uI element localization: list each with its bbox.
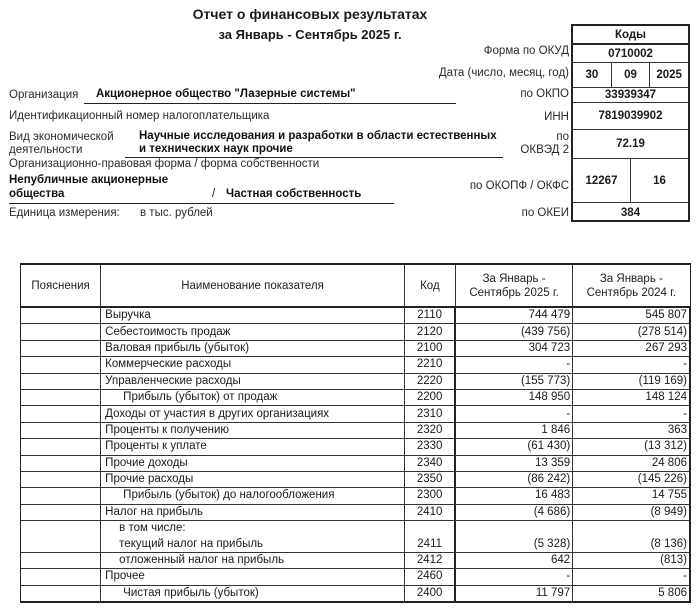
table-header-row: Пояснения Наименование показателя Код За… — [21, 264, 691, 307]
report-title: Отчет о финансовых результатах — [0, 6, 620, 22]
table-row: Выручка2110744 479545 807 — [21, 307, 691, 324]
row-note — [21, 357, 101, 373]
form-underline — [9, 203, 394, 204]
row-note — [21, 536, 101, 552]
date-day: 30 — [573, 63, 612, 87]
date-row: 30 09 2025 — [573, 63, 688, 88]
row-current-value: - — [455, 569, 572, 585]
row-name: Валовая прибыль (убыток) — [101, 340, 405, 356]
row-current-value: (86 242) — [455, 471, 572, 487]
table-row: Коммерческие расходы2210-- — [21, 357, 691, 373]
row-note — [21, 439, 101, 455]
table-row: Проценты к получению23201 846363 — [21, 422, 691, 438]
row-code: 2350 — [404, 471, 455, 487]
row-name: Себестоимость продаж — [101, 324, 405, 340]
unit-label: Единица измерения: — [9, 207, 120, 219]
row-previous-value: (813) — [573, 552, 690, 568]
row-code: 2200 — [404, 389, 455, 405]
date-month: 09 — [612, 63, 651, 87]
row-previous-value: (119 169) — [573, 373, 690, 389]
table-row: Прибыль (убыток) до налогообложения23001… — [21, 488, 691, 504]
okei-label: по ОКЕИ — [522, 207, 569, 219]
row-code: 2340 — [404, 455, 455, 471]
row-name: отложенный налог на прибыль — [101, 552, 405, 568]
okpo-label: по ОКПО — [520, 88, 569, 100]
form-separator: / — [212, 188, 215, 200]
okud-row: 0710002 — [573, 45, 688, 63]
inn-label: Идентификационный номер налогоплательщик… — [9, 110, 269, 122]
org-name: Акционерное общество "Лазерные системы" — [96, 88, 356, 100]
row-code: 2300 — [404, 488, 455, 504]
inn-row: 7819039902 — [573, 103, 688, 130]
okopf-label: по ОКОПФ / ОКФС — [470, 180, 569, 192]
row-code: 2320 — [404, 422, 455, 438]
form-line-2: общества — [9, 188, 64, 200]
row-current-value — [455, 521, 572, 537]
report-period: за Январь - Сентябрь 2025 г. — [0, 27, 620, 42]
row-current-value: 16 483 — [455, 488, 572, 504]
row-current-value: 642 — [455, 552, 572, 568]
row-name: Чистая прибыль (убыток) — [101, 585, 405, 602]
row-code: 2410 — [404, 504, 455, 520]
okved-label-1: по — [556, 131, 569, 143]
row-previous-value: 14 755 — [573, 488, 690, 504]
row-code: 2330 — [404, 439, 455, 455]
table-row: Валовая прибыль (убыток)2100304 723267 2… — [21, 340, 691, 356]
row-previous-value: (145 226) — [573, 471, 690, 487]
row-current-value: 1 846 — [455, 422, 572, 438]
row-previous-value: 363 — [573, 422, 690, 438]
row-current-value: (439 756) — [455, 324, 572, 340]
activity-label-2: деятельности — [9, 144, 82, 156]
activity-line-1: Научные исследования и разработки в обла… — [139, 130, 497, 142]
row-name: Коммерческие расходы — [101, 357, 405, 373]
codes-header: Коды — [573, 26, 688, 43]
row-code: 2412 — [404, 552, 455, 568]
row-current-value: 744 479 — [455, 307, 572, 324]
row-note — [21, 504, 101, 520]
activity-label-1: Вид экономической — [9, 131, 114, 143]
col-current-line-2: Сентябрь 2025 г. — [469, 287, 558, 299]
row-code: 2411 — [404, 536, 455, 552]
table-row: в том числе: — [21, 521, 691, 537]
row-name: Управленческие расходы — [101, 373, 405, 389]
row-note — [21, 422, 101, 438]
unit-value: в тыс. рублей — [140, 207, 213, 219]
row-code: 2210 — [404, 357, 455, 373]
row-current-value: 148 950 — [455, 389, 572, 405]
okfs-value: 16 — [631, 159, 688, 202]
okved-label-2: ОКВЭД 2 — [520, 144, 569, 156]
col-current-header: За Январь - Сентябрь 2025 г. — [455, 264, 572, 307]
row-code: 2460 — [404, 569, 455, 585]
financial-results-table: Пояснения Наименование показателя Код За… — [20, 263, 691, 603]
table-body: Выручка2110744 479545 807Себестоимость п… — [21, 307, 691, 602]
row-code: 2220 — [404, 373, 455, 389]
row-note — [21, 552, 101, 568]
okopf-okfs-row: 12267 16 — [573, 159, 688, 203]
row-note — [21, 585, 101, 602]
row-name: Проценты к получению — [101, 422, 405, 438]
row-name: Прочее — [101, 569, 405, 585]
row-note — [21, 569, 101, 585]
row-note — [21, 324, 101, 340]
table-row: Прибыль (убыток) от продаж2200148 950148… — [21, 389, 691, 405]
codes-header-row: Коды — [573, 26, 688, 45]
row-previous-value: - — [573, 357, 690, 373]
row-note — [21, 307, 101, 324]
row-note — [21, 471, 101, 487]
row-current-value: (5 328) — [455, 536, 572, 552]
row-name: Прочие доходы — [101, 455, 405, 471]
row-current-value: (155 773) — [455, 373, 572, 389]
okved-value: 72.19 — [573, 130, 688, 158]
row-current-value: 11 797 — [455, 585, 572, 602]
row-previous-value: 148 124 — [573, 389, 690, 405]
okved-row: 72.19 — [573, 130, 688, 159]
row-previous-value: 5 806 — [573, 585, 690, 602]
row-current-value: (61 430) — [455, 439, 572, 455]
row-code: 2310 — [404, 406, 455, 422]
row-previous-value: 545 807 — [573, 307, 690, 324]
date-label: Дата (число, месяц, год) — [439, 67, 569, 79]
okopf-value: 12267 — [573, 159, 631, 202]
col-current-line-1: За Январь - — [483, 273, 546, 285]
row-name: Доходы от участия в других организациях — [101, 406, 405, 422]
row-current-value: 304 723 — [455, 340, 572, 356]
table-row: Управленческие расходы2220(155 773)(119 … — [21, 373, 691, 389]
row-note — [21, 455, 101, 471]
row-code: 2400 — [404, 585, 455, 602]
table-row: отложенный налог на прибыль2412642(813) — [21, 552, 691, 568]
row-note — [21, 389, 101, 405]
row-code: 2100 — [404, 340, 455, 356]
okpo-value: 33939347 — [573, 88, 688, 102]
col-previous-line-2: Сентябрь 2024 г. — [587, 287, 676, 299]
row-note — [21, 373, 101, 389]
table-row: Чистая прибыль (убыток)240011 7975 806 — [21, 585, 691, 602]
col-previous-header: За Январь - Сентябрь 2024 г. — [573, 264, 690, 307]
date-year: 2025 — [650, 63, 688, 87]
okei-row: 384 — [573, 203, 688, 222]
table-row: Доходы от участия в других организациях2… — [21, 406, 691, 422]
inn-code-label: ИНН — [544, 111, 569, 123]
row-name: Налог на прибыль — [101, 504, 405, 520]
table-row: Налог на прибыль2410(4 686)(8 949) — [21, 504, 691, 520]
row-current-value: 13 359 — [455, 455, 572, 471]
row-previous-value: - — [573, 406, 690, 422]
row-note — [21, 488, 101, 504]
col-note-header: Пояснения — [21, 264, 101, 307]
row-name: Проценты к уплате — [101, 439, 405, 455]
row-previous-value: 24 806 — [573, 455, 690, 471]
row-name: Прочие расходы — [101, 471, 405, 487]
row-name: Прибыль (убыток) от продаж — [101, 389, 405, 405]
okpo-row: 33939347 — [573, 88, 688, 103]
row-previous-value: (13 312) — [573, 439, 690, 455]
row-name: Выручка — [101, 307, 405, 324]
okei-value: 384 — [573, 203, 688, 222]
row-previous-value: (278 514) — [573, 324, 690, 340]
okud-value: 0710002 — [573, 45, 688, 62]
row-name: в том числе: — [101, 521, 405, 537]
form-label: Организационно-правовая форма / форма со… — [9, 158, 319, 170]
inn-value: 7819039902 — [573, 103, 688, 129]
okud-label: Форма по ОКУД — [484, 45, 569, 57]
codes-box: Коды 0710002 30 09 2025 33939347 7819039… — [571, 24, 690, 222]
col-previous-line-1: За Январь - — [600, 273, 663, 285]
form-line-1: Непубличные акционерные — [9, 174, 168, 186]
row-current-value: - — [455, 406, 572, 422]
row-current-value: - — [455, 357, 572, 373]
col-code-header: Код — [404, 264, 455, 307]
table-row: Прочее2460-- — [21, 569, 691, 585]
row-previous-value — [573, 521, 690, 537]
row-note — [21, 340, 101, 356]
row-previous-value: (8 136) — [573, 536, 690, 552]
row-code: 2120 — [404, 324, 455, 340]
row-note — [21, 406, 101, 422]
col-name-header: Наименование показателя — [101, 264, 405, 307]
row-previous-value: (8 949) — [573, 504, 690, 520]
table-row: Себестоимость продаж2120(439 756)(278 51… — [21, 324, 691, 340]
table-row: текущий налог на прибыль2411(5 328)(8 13… — [21, 536, 691, 552]
row-note — [21, 521, 101, 537]
row-previous-value: - — [573, 569, 690, 585]
row-name: текущий налог на прибыль — [101, 536, 405, 552]
row-code: 2110 — [404, 307, 455, 324]
org-underline — [84, 103, 456, 104]
table-row: Прочие расходы2350(86 242)(145 226) — [21, 471, 691, 487]
org-label: Организация — [9, 89, 78, 101]
table-row: Проценты к уплате2330(61 430)(13 312) — [21, 439, 691, 455]
row-current-value: (4 686) — [455, 504, 572, 520]
activity-line-2: и технических наук прочие — [139, 143, 293, 155]
row-previous-value: 267 293 — [573, 340, 690, 356]
row-name: Прибыль (убыток) до налогообложения — [101, 488, 405, 504]
table-row: Прочие доходы234013 35924 806 — [21, 455, 691, 471]
ownership-value: Частная собственность — [226, 188, 361, 200]
row-code — [404, 521, 455, 537]
